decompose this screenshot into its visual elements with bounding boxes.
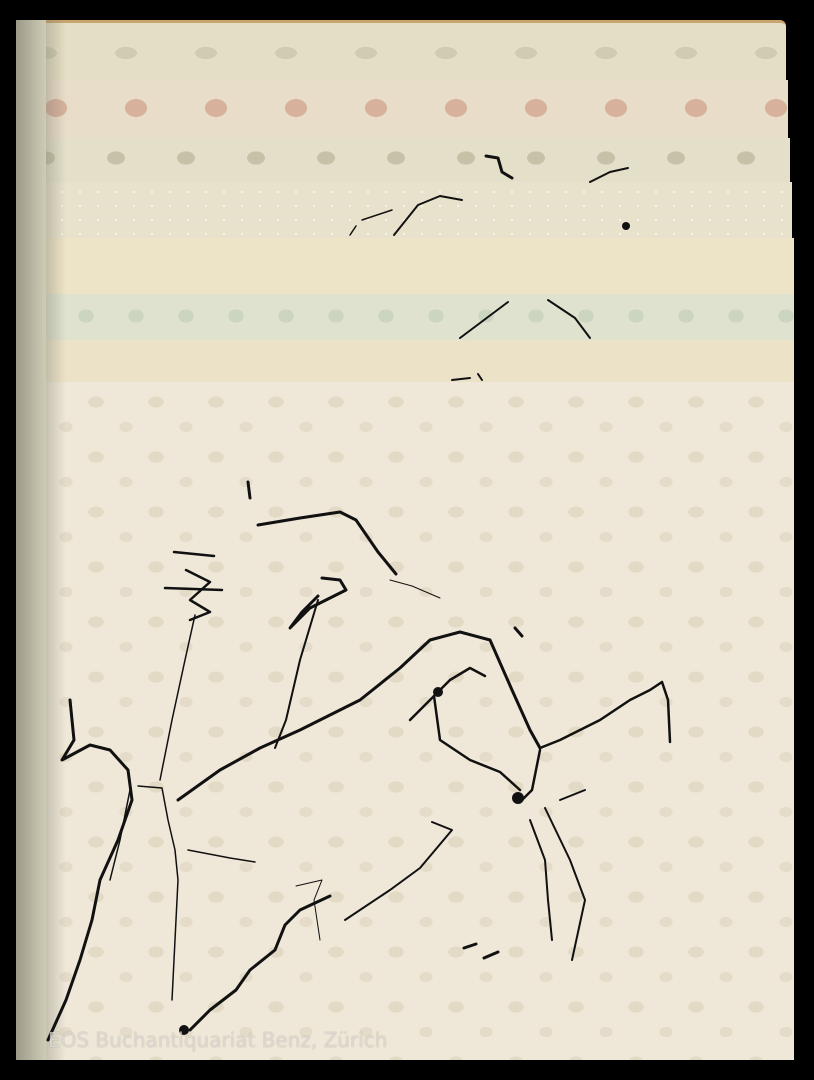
sketchbook xyxy=(16,20,794,1060)
front-leaf xyxy=(16,382,794,1060)
watermark: EOS Buchantiquariat Benz, Zürich xyxy=(48,1028,387,1052)
paper-layer-beige-speckled xyxy=(16,20,786,84)
paper-layer-plain-cream xyxy=(16,238,794,295)
paper-layer-grey-damask xyxy=(16,138,790,183)
paper-layer-pink-damask xyxy=(16,80,788,139)
paper-layer-green-pattern xyxy=(16,294,794,341)
paper-layer-white-speckled xyxy=(16,182,792,239)
paper-layer-cream xyxy=(16,340,794,383)
book-spine xyxy=(16,20,46,1060)
